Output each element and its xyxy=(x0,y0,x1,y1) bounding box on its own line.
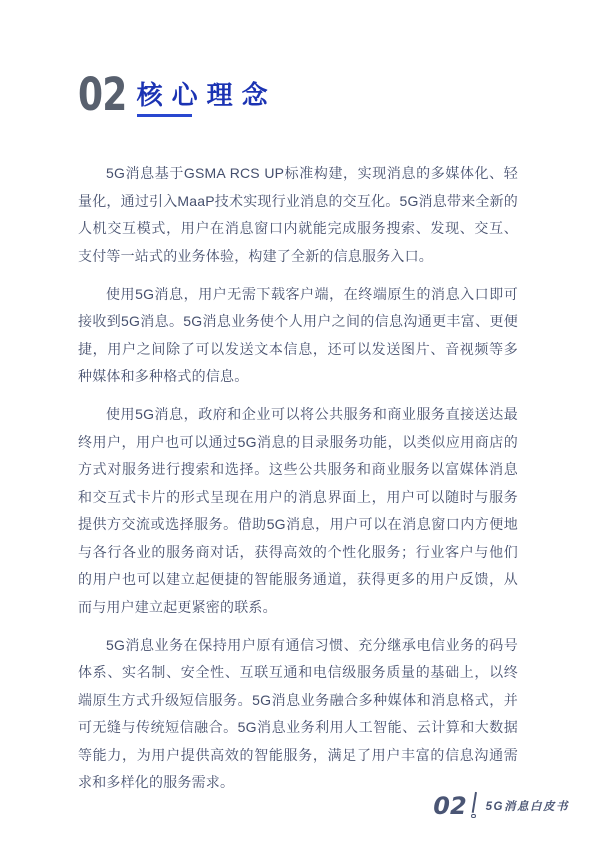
section-title-wrap: 核心理念 xyxy=(137,82,277,117)
whitepaper-page: 02 核心理念 5G消息基于GSMA RCS UP标准构建，实现消息的多媒体化、… xyxy=(0,0,595,842)
title-underline-decoration xyxy=(137,114,192,117)
divider-dot xyxy=(471,814,476,819)
section-title: 核心理念 xyxy=(137,82,277,108)
page-footer: 02 5G消息白皮书 xyxy=(433,792,569,819)
section-number: 02 xyxy=(78,74,127,116)
paragraph-personal-messaging: 使用5G消息，用户无需下载客户端，在终端原生的消息入口即可接收到5G消息。5G消… xyxy=(78,281,518,391)
paragraph-upgrade-sms: 5G消息业务在保持用户原有通信习惯、充分继承电信业务的码号体系、实名制、安全性、… xyxy=(78,632,518,797)
footer-book-title: 5G消息白皮书 xyxy=(486,798,569,814)
footer-divider-icon xyxy=(469,792,481,819)
footer-page-number: 02 xyxy=(433,794,466,818)
paragraph-intro: 5G消息基于GSMA RCS UP标准构建，实现消息的多媒体化、轻量化，通过引入… xyxy=(78,160,518,270)
body-content: 5G消息基于GSMA RCS UP标准构建，实现消息的多媒体化、轻量化，通过引入… xyxy=(78,160,518,807)
paragraph-business-services: 使用5G消息，政府和企业可以将公共服务和商业服务直接送达最终用户，用户也可以通过… xyxy=(78,401,518,621)
divider-line xyxy=(471,792,476,813)
section-header: 02 核心理念 xyxy=(78,74,277,117)
